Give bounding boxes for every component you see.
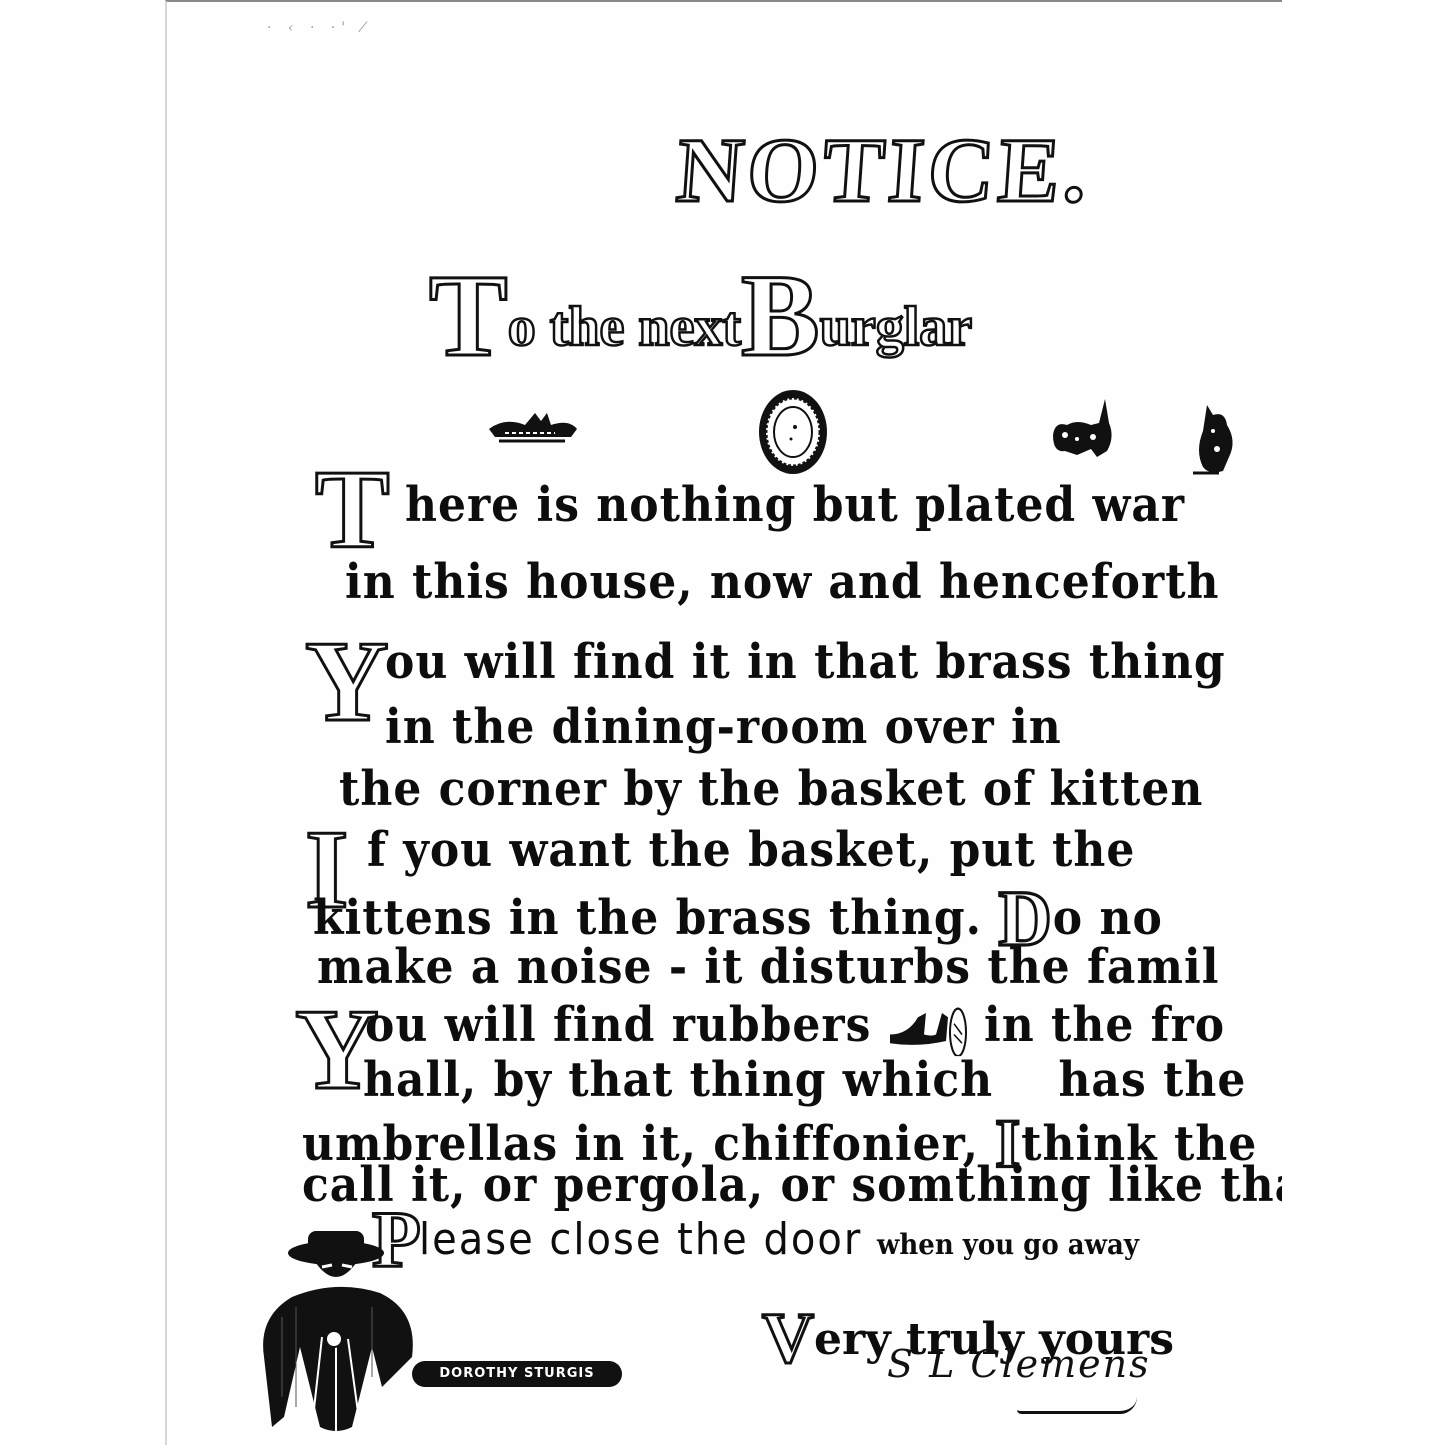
body-line: ou will find rubbers in the fro — [365, 998, 1225, 1056]
salutation-to-the-next-burglar: To the nextBurglar — [429, 257, 972, 375]
body-line: make a noise - it disturbs the famil — [317, 940, 1219, 995]
document-page: · ‹ · ·' ⁄ NOTICE. To the nextBurglar — [165, 0, 1282, 1445]
dropcap-t: T — [429, 250, 508, 381]
dropcap-b: B — [741, 250, 820, 381]
kitten-icon — [1189, 401, 1243, 477]
rubbers-galoshes-icon — [888, 1002, 968, 1056]
cat-icon — [1047, 395, 1121, 465]
signature-sl-clemens: S L Clemens — [887, 1342, 1151, 1386]
body-line: lease close the door when you go away — [419, 1215, 1139, 1265]
body-line: here is nothing but plated war — [405, 478, 1185, 533]
notice-title: NOTICE. — [673, 117, 1094, 223]
salutation-burglar: urglar — [820, 296, 972, 358]
burglar-illustration-icon — [252, 1227, 422, 1445]
dropcap-y: Y — [305, 624, 389, 740]
body-line: the corner by the basket of kitten — [339, 762, 1203, 817]
body-line: ou will find it in that brass thing — [385, 635, 1226, 690]
body-line: in the dining-room over in — [385, 700, 1062, 755]
kittens-basket-icon — [485, 407, 581, 447]
body-line: call it, or pergola, or somthing like th… — [302, 1158, 1282, 1213]
signature-flourish — [1017, 1397, 1137, 1414]
dropcap-t: T — [315, 454, 390, 566]
brass-plate-icon — [755, 387, 831, 477]
artist-label: DOROTHY STURGIS — [412, 1361, 622, 1387]
dropcap-v: V — [762, 1298, 814, 1378]
scan-artifacts: · ‹ · ·' ⁄ — [267, 20, 370, 36]
body-line: hall, by that thing which has the — [363, 1053, 1246, 1108]
body-line: in this house, now and henceforth — [345, 555, 1220, 610]
body-line: f you want the basket, put the — [367, 823, 1135, 878]
salutation-to-the-next: o the next — [508, 296, 741, 358]
